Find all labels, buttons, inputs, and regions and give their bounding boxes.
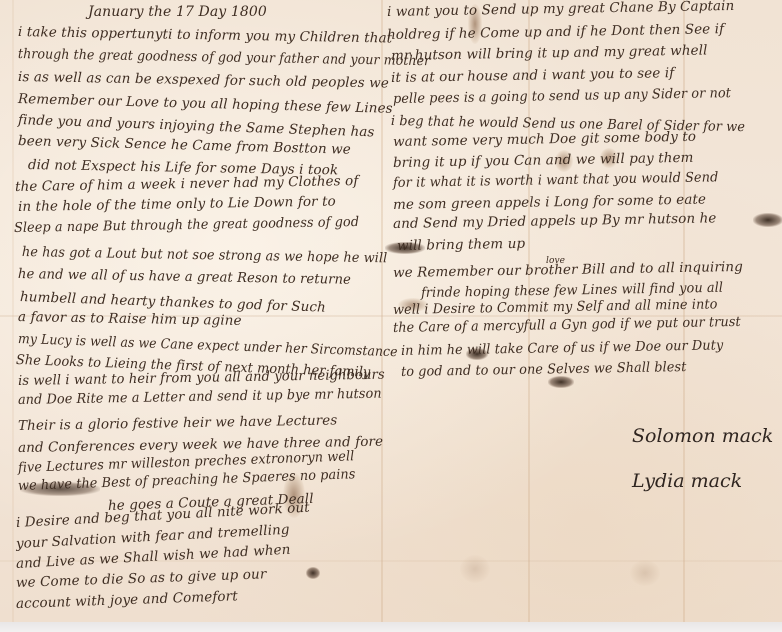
letter-line: account with joye and Comefort [16,588,238,612]
letter-sheet: January the 17 Day 1800 i take this oppe… [0,0,782,622]
letter-line: i want you to Send up my great Chane By … [387,0,735,20]
letter-line: and Send my Dried appels up By mr hutson… [393,210,717,232]
letter-line: Their is a glorio festive heir we have L… [18,412,338,434]
scan-border [0,622,782,632]
letter-line: the Care of a mercyfull a Gyn god if we … [393,314,741,336]
letter-line: in him he will take Care of us if we Doe… [401,337,724,359]
letter-line: to god and to our one Selves we Shall bl… [401,359,687,380]
right-page: i want you to Send up my great Chane By … [383,0,782,622]
letter-line: through the great goodness of god your f… [18,46,431,69]
letter-date: January the 17 Day 1800 [88,4,267,20]
letter-line: the Care of him a week i never had my Cl… [15,173,359,195]
left-page: January the 17 Day 1800 i take this oppe… [0,0,382,622]
signature-solomon-mack: Solomon mack [632,425,773,447]
letter-line: Remember our Love to you all hoping thes… [18,91,393,117]
signature-lydia-mack: Lydia mack [632,470,742,492]
letter-line: is as well as can be exspexed for such o… [18,69,389,91]
letter-line: a favor as to Raise him up agine [18,309,242,329]
letter-line: he has got a Lout but not soe strong as … [22,244,388,266]
letter-line: holdreg if he Come up and if he Dont the… [387,21,724,43]
letter-line: in the hole of the time only to Lie Down… [18,193,336,215]
letter-line: mr hutson will bring it up and my great … [391,42,708,64]
letter-line: bring it up if you Can and we will pay t… [393,150,694,171]
letter-line: for it what it is worth i want that you … [393,169,719,191]
letter-line: Sleep a nape But through the great goodn… [14,214,359,236]
letter-line: we Remember our brother Bill and to all … [393,259,743,281]
letter-line: and Doe Rite me a Letter and send it up … [18,386,382,408]
letter-line: i take this oppertunyti to inform you my… [18,24,392,47]
letter-line: pelle pees is a going to send us up any … [393,85,731,107]
letter-line: it is at our house and i want you to see… [391,65,675,86]
letter-line: he and we all of us have a great Reson t… [18,266,351,288]
letter-line: want some very much Doe git some body to [393,129,696,150]
letter-line: me som green appels i Long for some to e… [393,192,706,213]
letter-line: will bring them up [397,236,525,254]
